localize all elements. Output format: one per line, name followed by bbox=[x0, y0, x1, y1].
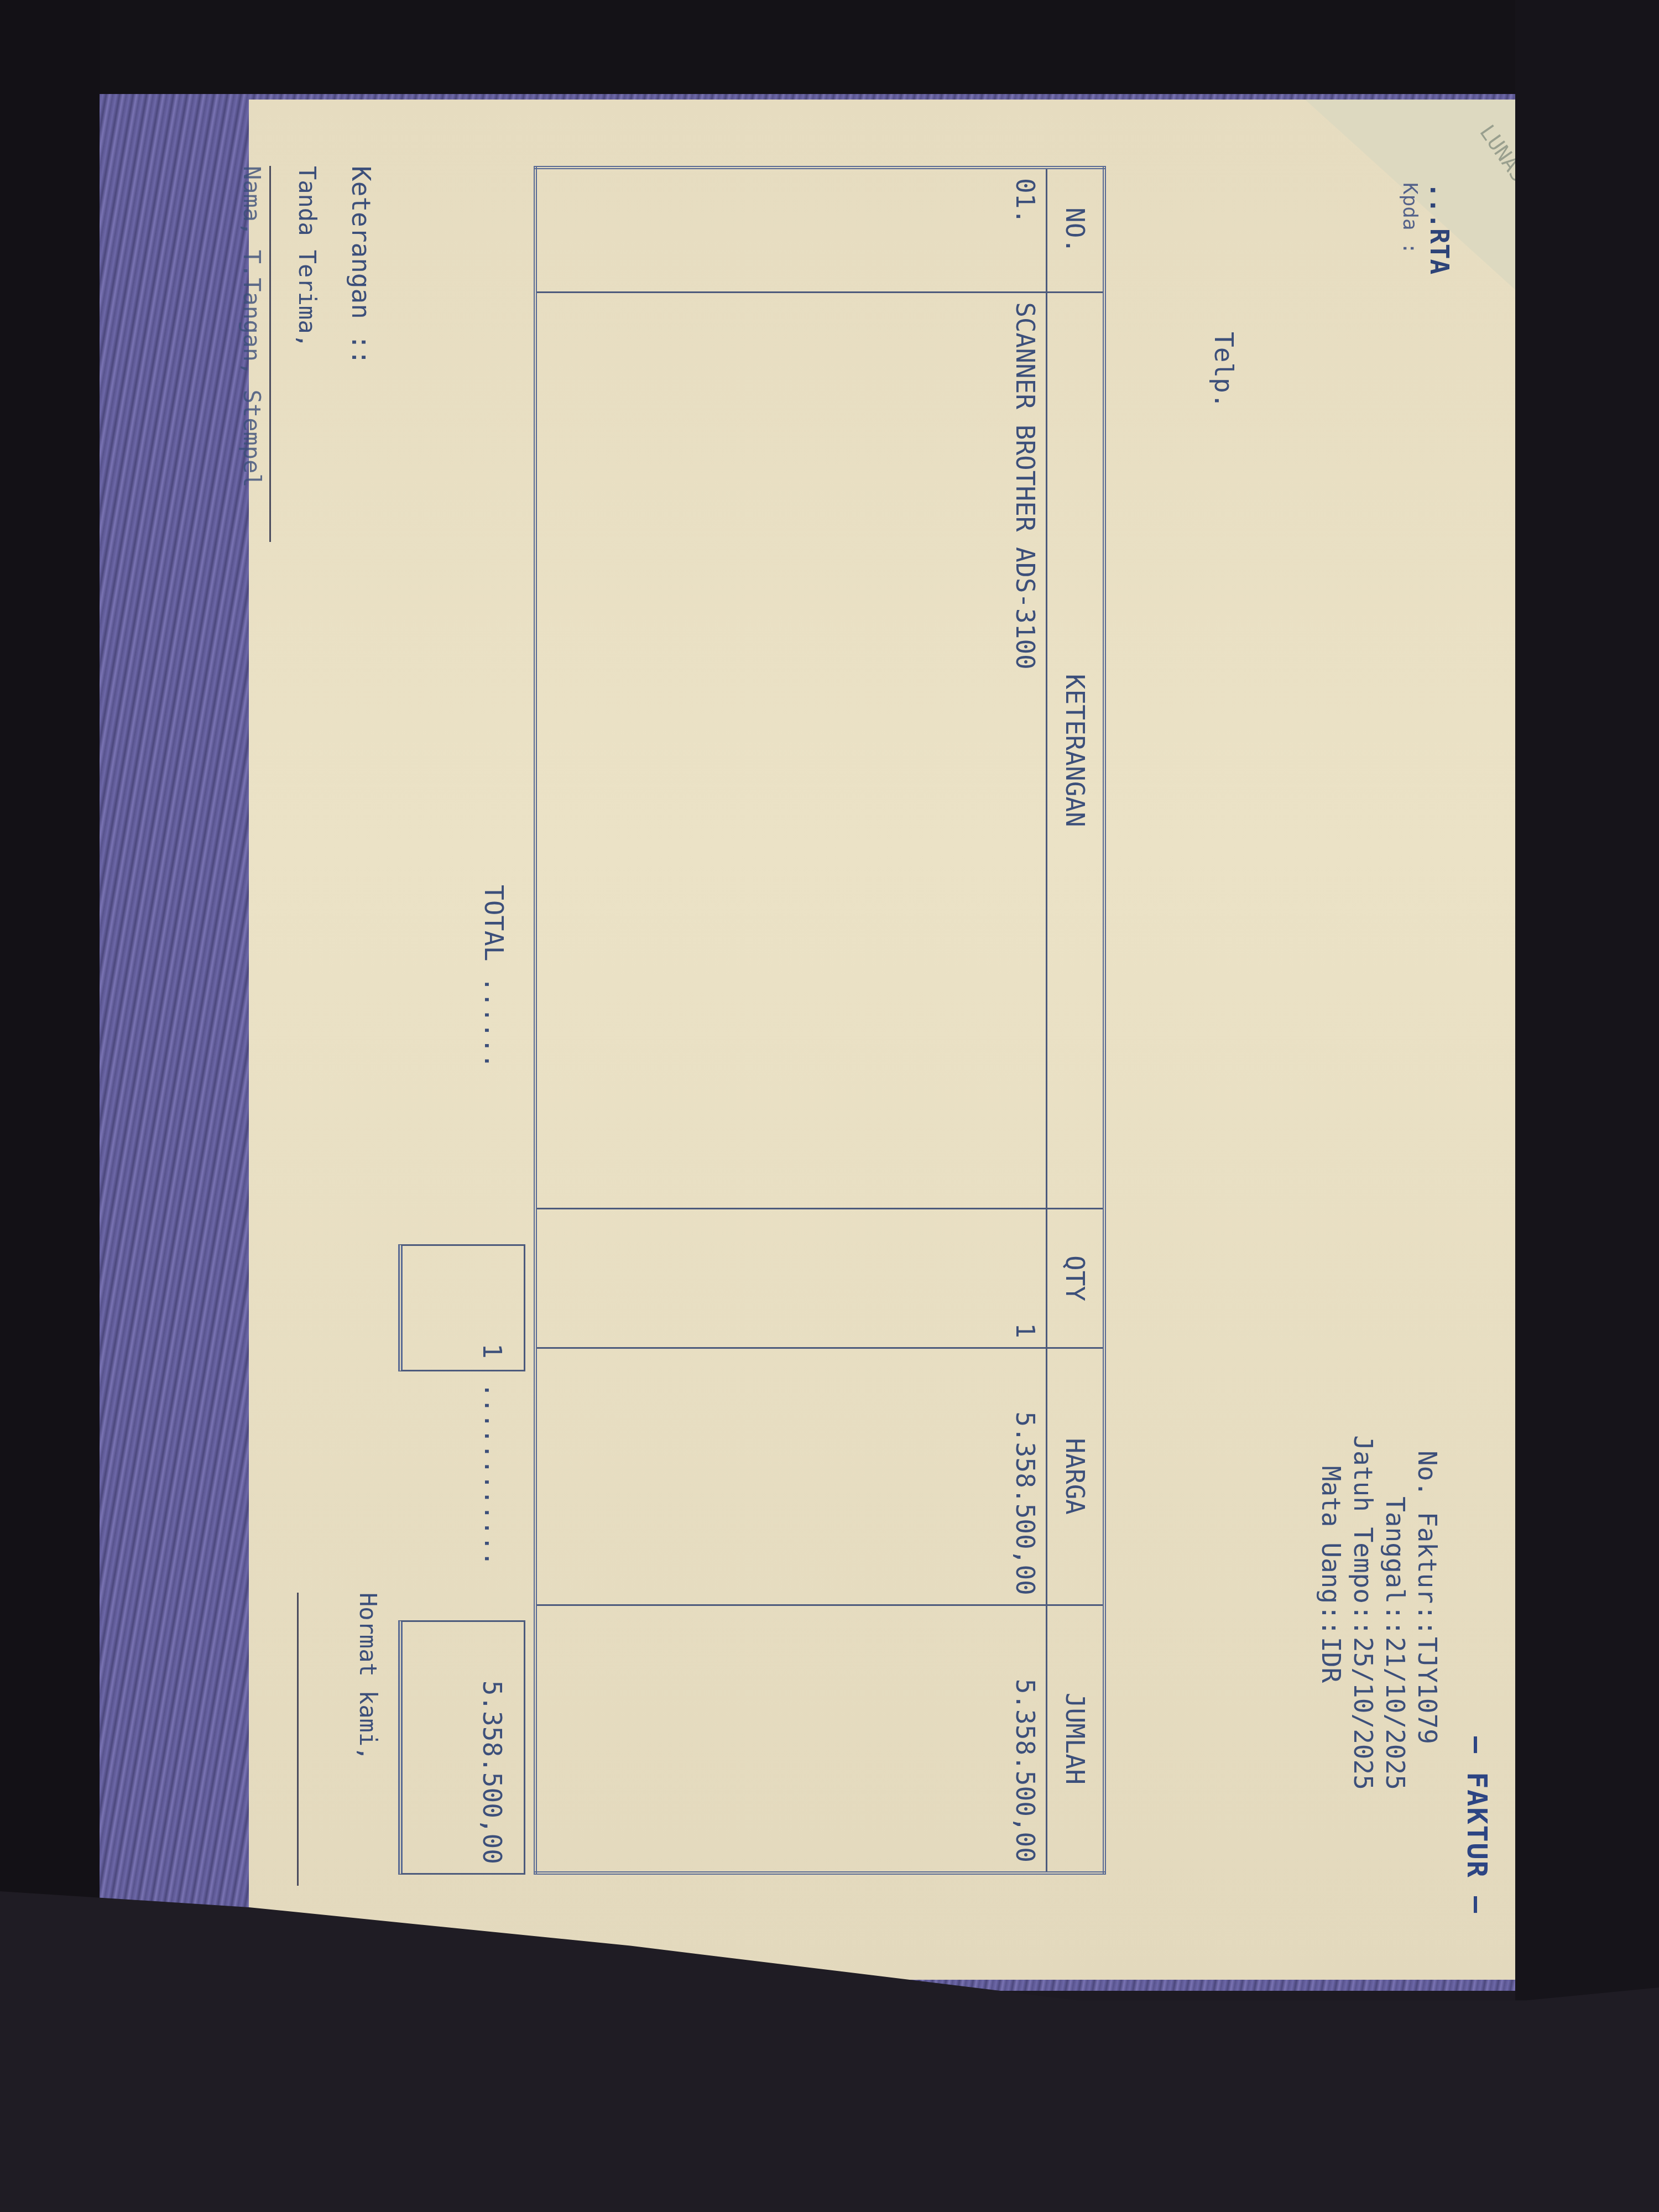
items-table: NO. KETERANGAN QTY HARGA JUMLAH 01. SCAN… bbox=[534, 166, 1106, 1875]
total-label: TOTAL ...... bbox=[479, 885, 509, 1068]
dark-surround-left bbox=[0, 0, 100, 2212]
telp-label: Telp. bbox=[1209, 332, 1239, 408]
invoice-date: 21/10/2025 bbox=[1379, 1637, 1411, 1790]
header-qty: QTY bbox=[1047, 1209, 1105, 1348]
invoice-paper: LUNAS ...RTA Kpda : Telp. — FAKTUR — No.… bbox=[249, 100, 1537, 1980]
received-signature-line bbox=[269, 166, 271, 542]
dark-surround-top bbox=[0, 0, 1659, 97]
dark-surround-right bbox=[1515, 0, 1659, 2212]
table-header-row: NO. KETERANGAN QTY HARGA JUMLAH bbox=[1047, 168, 1105, 1873]
meta-due-date: Jatuh Tempo :: 25/10/2025 bbox=[1347, 1416, 1379, 1790]
header-description: KETERANGAN bbox=[1047, 293, 1105, 1209]
invoice-title: — FAKTUR — bbox=[1461, 1736, 1493, 1914]
received-signature-caption: Nama, T.Tangan, Stempel bbox=[238, 166, 265, 488]
header-amount: JUMLAH bbox=[1047, 1605, 1105, 1873]
received-label: Tanda Terima, bbox=[294, 166, 321, 348]
invoice-photo: LUNAS ...RTA Kpda : Telp. — FAKTUR — No.… bbox=[238, 100, 1548, 1980]
row-no: 01. bbox=[535, 168, 1047, 293]
header-no: NO. bbox=[1047, 168, 1105, 293]
row-description: SCANNER BROTHER ADS-3100 bbox=[535, 293, 1047, 1209]
regards-label: Hormat kami, bbox=[354, 1593, 382, 1760]
total-amount-box: 5.358.500,00 bbox=[398, 1620, 525, 1875]
invoice-number: TJY1079 bbox=[1411, 1637, 1443, 1744]
table-row: 01. SCANNER BROTHER ADS-3100 1 5.358.500… bbox=[535, 168, 1047, 1873]
meta-date: Tanggal :: 21/10/2025 bbox=[1379, 1416, 1411, 1790]
total-leader-dots: ............ bbox=[479, 1383, 509, 1566]
company-name: ...RTA bbox=[1425, 182, 1454, 274]
row-amount: 5.358.500,00 bbox=[535, 1605, 1047, 1873]
total-amount: 5.358.500,00 bbox=[477, 1681, 507, 1864]
invoice-meta: No. Faktur :: TJY1079 Tanggal :: 21/10/2… bbox=[1315, 1416, 1443, 1790]
due-date: 25/10/2025 bbox=[1347, 1637, 1379, 1790]
header-price: HARGA bbox=[1047, 1348, 1105, 1605]
meta-invoice-number: No. Faktur :: TJY1079 bbox=[1411, 1416, 1443, 1790]
note-label: Keterangan :: bbox=[346, 166, 376, 365]
totals-section: TOTAL ...... 1 ............ 5.358.500,00 bbox=[398, 166, 525, 1875]
currency: IDR bbox=[1315, 1637, 1347, 1683]
total-qty-box: 1 bbox=[398, 1244, 525, 1371]
row-price: 5.358.500,00 bbox=[535, 1348, 1047, 1605]
total-qty: 1 bbox=[477, 1343, 507, 1359]
meta-currency: Mata Uang :: IDR bbox=[1315, 1416, 1347, 1790]
row-qty: 1 bbox=[535, 1209, 1047, 1348]
recipient-label: Kpda : bbox=[1399, 182, 1421, 254]
regards-signature-line bbox=[297, 1593, 299, 1886]
